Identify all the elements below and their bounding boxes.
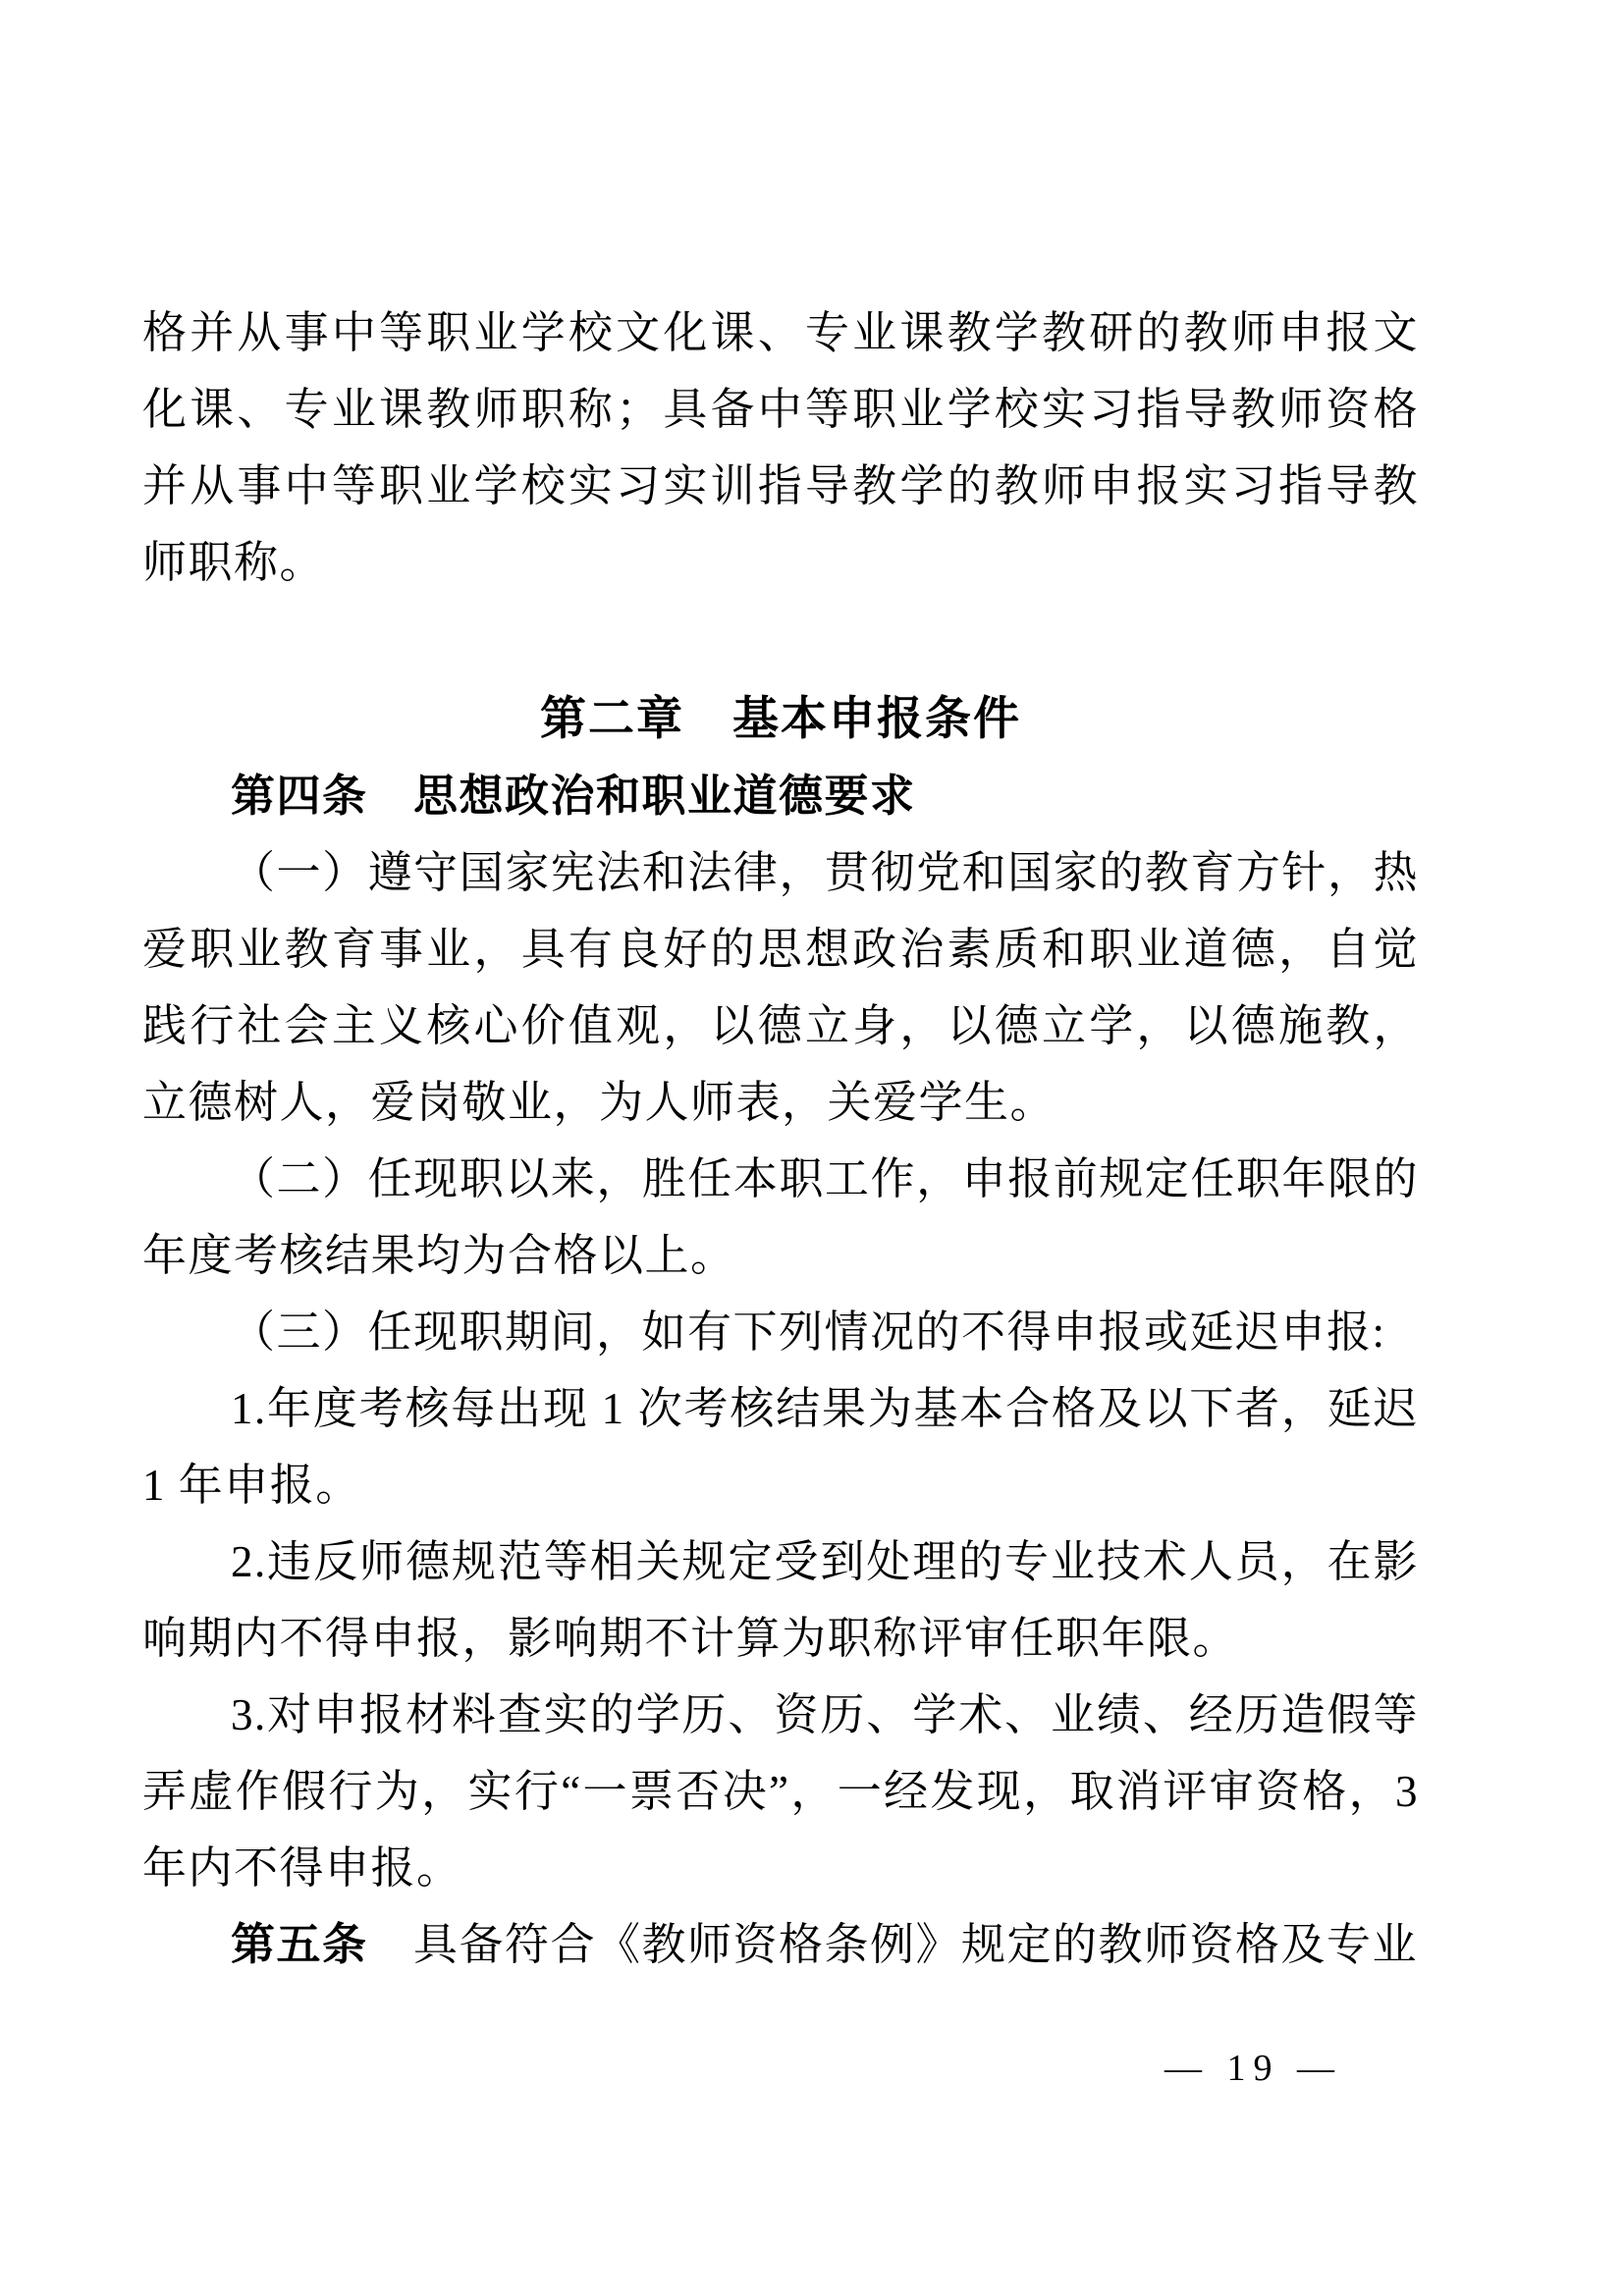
page-number: — 19 — <box>1164 2047 1342 2090</box>
article-4-item-1: （一）遵守国家宪法和法律，贯彻党和国家的教育方针，热爱职业教育事业，具有良好的思… <box>142 834 1419 1141</box>
article-4-subitem-2: 2.违反师德规范等相关规定受到处理的专业技术人员，在影响期内不得申报，影响期不计… <box>142 1523 1419 1677</box>
document-page: 格并从事中等职业学校文化课、专业课教学教研的教师申报文化课、专业课教师职称；具备… <box>0 0 1624 2296</box>
continuation-paragraph: 格并从事中等职业学校文化课、专业课教学教研的教师申报文化课、专业课教师职称；具备… <box>142 294 1419 601</box>
article-5-label: 第五条 <box>231 1920 368 1969</box>
article-5-text: 具备符合《教师资格条例》规定的教师资格及专业 <box>368 1920 1419 1969</box>
article-4-item-2: （二）任现职以来，胜任本职工作，申报前规定任职年限的年度考核结果均为合格以上。 <box>142 1141 1419 1294</box>
article-5-paragraph: 第五条 具备符合《教师资格条例》规定的教师资格及专业 <box>142 1906 1419 1983</box>
chapter-heading: 第二章 基本申报条件 <box>142 679 1419 758</box>
article-4-heading: 第四条 思想政治和职业道德要求 <box>142 758 1419 834</box>
article-4-subitem-3: 3.对申报材料查实的学历、资历、学术、业绩、经历造假等弄虚作假行为，实行“一票否… <box>142 1677 1419 1906</box>
article-4-subitem-1: 1.年度考核每出现 1 次考核结果为基本合格及以下者，延迟 1 年申报。 <box>142 1370 1419 1523</box>
article-4-item-3: （三）任现职期间，如有下列情况的不得申报或延迟申报: <box>142 1294 1419 1370</box>
page-content: 格并从事中等职业学校文化课、专业课教学教研的教师申报文化课、专业课教师职称；具备… <box>142 294 1419 1983</box>
